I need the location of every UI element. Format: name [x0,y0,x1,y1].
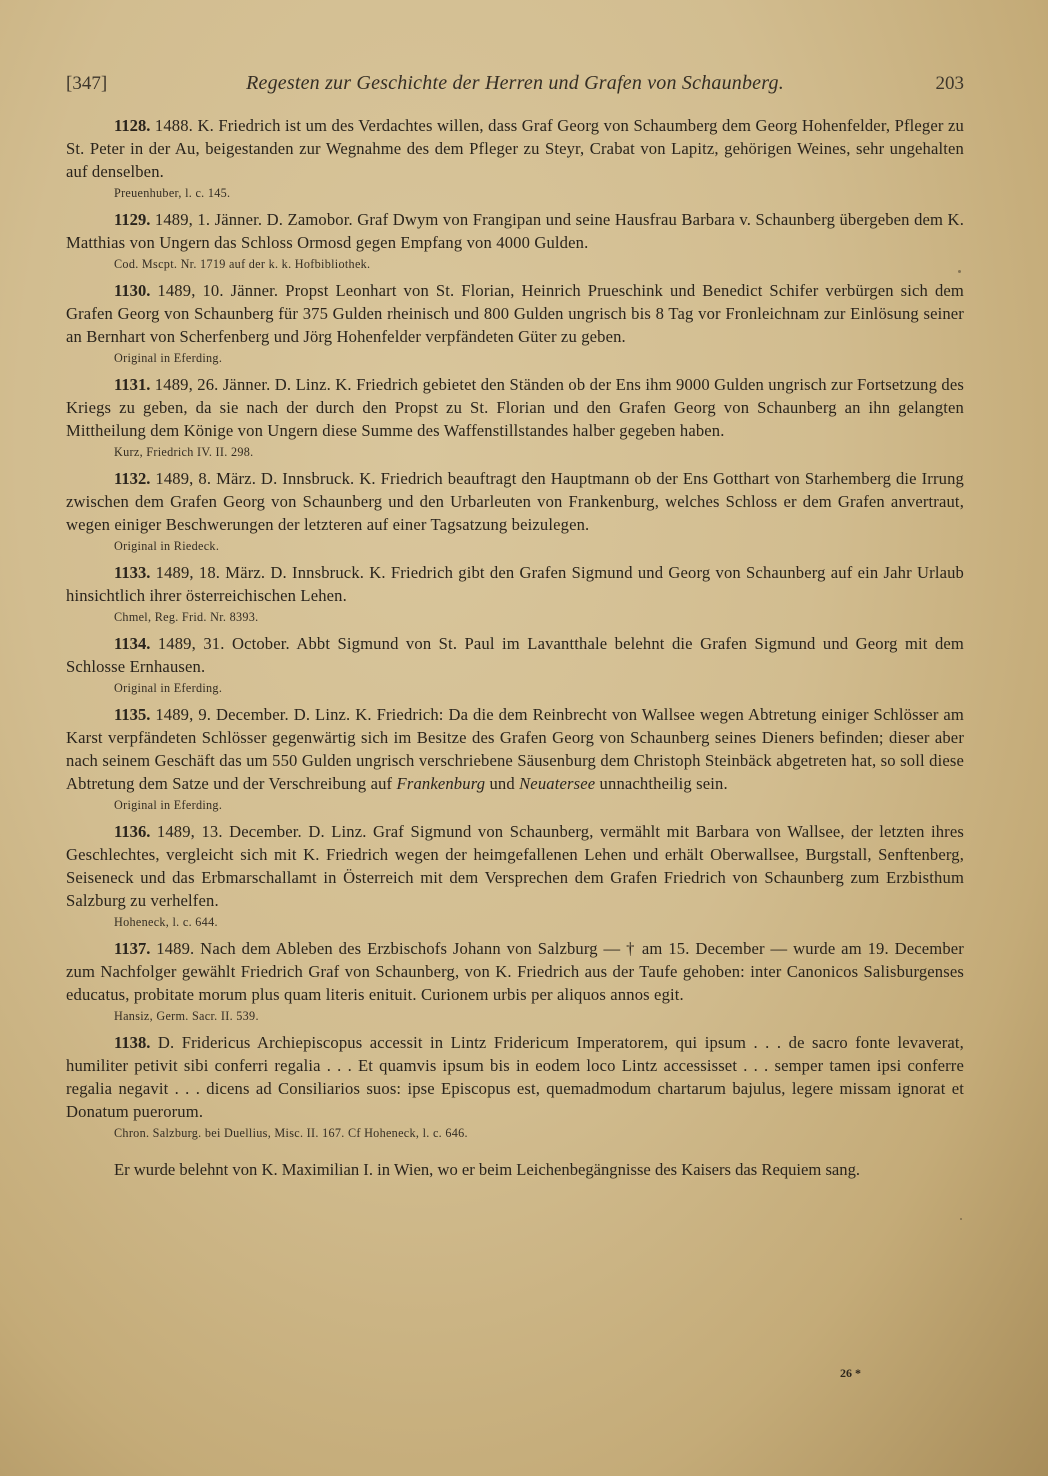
entry-body: 1488. K. Friedrich ist um des Verdachtes… [66,116,964,181]
entry-number: 1137. [114,939,150,958]
entry-source: Hansiz, Germ. Sacr. II. 539. [114,1007,964,1026]
entry-number: 1131. [114,375,150,394]
entry-number: 1132. [114,469,150,488]
regest-entry-1131: 1131. 1489, 26. Jänner. D. Linz. K. Frie… [66,373,964,462]
entry-body: D. Fridericus Archiepiscopus accessit in… [66,1033,964,1121]
entry-body: 1489, 1. Jänner. D. Zamobor. Graf Dwym v… [66,210,964,252]
regest-entry-1138: 1138. D. Fridericus Archiepiscopus acces… [66,1031,964,1143]
place-name-italic: Frankenburg [397,774,486,793]
page-reference: [347] [66,73,126,95]
entry-number: 1135. [114,705,150,724]
regest-entry-1136: 1136. 1489, 13. December. D. Linz. Graf … [66,820,964,932]
sheet-signature: 26 * [840,1366,861,1381]
regest-entry-1137: 1137. 1489. Nach dem Ableben des Erzbisc… [66,937,964,1026]
document-page: [347] Regesten zur Geschichte der Herren… [66,72,964,1182]
regest-entry-1129: 1129. 1489, 1. Jänner. D. Zamobor. Graf … [66,208,964,274]
entry-text: 1128. 1488. K. Friedrich ist um des Verd… [66,114,964,183]
entry-body: 1489, 10. Jänner. Propst Leonhart von St… [66,281,964,346]
entry-source: Original in Riedeck. [114,537,964,556]
entry-body-connector: und [485,774,519,793]
entry-text: 1137. 1489. Nach dem Ableben des Erzbisc… [66,937,964,1006]
entry-source: Chmel, Reg. Frid. Nr. 8393. [114,608,964,627]
entry-number: 1128. [114,116,150,135]
regest-entry-1132: 1132. 1489, 8. März. D. Innsbruck. K. Fr… [66,467,964,556]
entry-body: 1489. Nach dem Ableben des Erzbischofs J… [66,939,964,1004]
page-number: 203 [904,73,964,95]
entry-text: 1133. 1489, 18. März. D. Innsbruck. K. F… [66,561,964,607]
entry-text: 1132. 1489, 8. März. D. Innsbruck. K. Fr… [66,467,964,536]
entry-body: 1489, 18. März. D. Innsbruck. K. Friedri… [66,563,964,605]
place-name-italic: Neuatersee [519,774,595,793]
entry-number: 1130. [114,281,150,300]
entry-text: 1130. 1489, 10. Jänner. Propst Leonhart … [66,279,964,348]
regest-entry-1128: 1128. 1488. K. Friedrich ist um des Verd… [66,114,964,203]
regest-entry-1130: 1130. 1489, 10. Jänner. Propst Leonhart … [66,279,964,368]
entry-body: 1489, 8. März. D. Innsbruck. K. Friedric… [66,469,964,534]
entry-number: 1134. [114,634,150,653]
entry-body: 1489, 31. October. Abbt Sigmund von St. … [66,634,964,676]
entry-number: 1136. [114,822,150,841]
entry-text: 1134. 1489, 31. October. Abbt Sigmund vo… [66,632,964,678]
entry-text: 1129. 1489, 1. Jänner. D. Zamobor. Graf … [66,208,964,254]
entry-source: Chron. Salzburg. bei Duellius, Misc. II.… [114,1124,964,1143]
paper-speck [958,270,961,273]
entry-body-end: unnachtheilig sein. [595,774,728,793]
entry-text: 1135. 1489, 9. December. D. Linz. K. Fri… [66,703,964,795]
entry-source: Original in Eferding. [114,796,964,815]
entry-source: Cod. Mscpt. Nr. 1719 auf der k. k. Hofbi… [114,255,964,274]
regest-entry-1135: 1135. 1489, 9. December. D. Linz. K. Fri… [66,703,964,815]
entry-body: 1489, 13. December. D. Linz. Graf Sigmun… [66,822,964,910]
entry-text: 1136. 1489, 13. December. D. Linz. Graf … [66,820,964,912]
entry-number: 1138. [114,1033,150,1052]
entry-source: Kurz, Friedrich IV. II. 298. [114,443,964,462]
closing-paragraph: Er wurde belehnt von K. Maximilian I. in… [66,1157,964,1182]
entry-source: Preuenhuber, l. c. 145. [114,184,964,203]
page-title: Regesten zur Geschichte der Herren und G… [126,72,904,95]
entry-body: 1489, 26. Jänner. D. Linz. K. Friedrich … [66,375,964,440]
entry-number: 1129. [114,210,150,229]
entry-number: 1133. [114,563,150,582]
regest-entry-1134: 1134. 1489, 31. October. Abbt Sigmund vo… [66,632,964,698]
entry-source: Original in Eferding. [114,349,964,368]
running-header: [347] Regesten zur Geschichte der Herren… [66,72,964,108]
regest-entry-1133: 1133. 1489, 18. März. D. Innsbruck. K. F… [66,561,964,627]
entry-source: Original in Eferding. [114,679,964,698]
paper-speck [960,1218,962,1220]
entry-text: 1138. D. Fridericus Archiepiscopus acces… [66,1031,964,1123]
entry-source: Hoheneck, l. c. 644. [114,913,964,932]
closing-text: Er wurde belehnt von K. Maximilian I. in… [66,1157,964,1182]
entry-text: 1131. 1489, 26. Jänner. D. Linz. K. Frie… [66,373,964,442]
